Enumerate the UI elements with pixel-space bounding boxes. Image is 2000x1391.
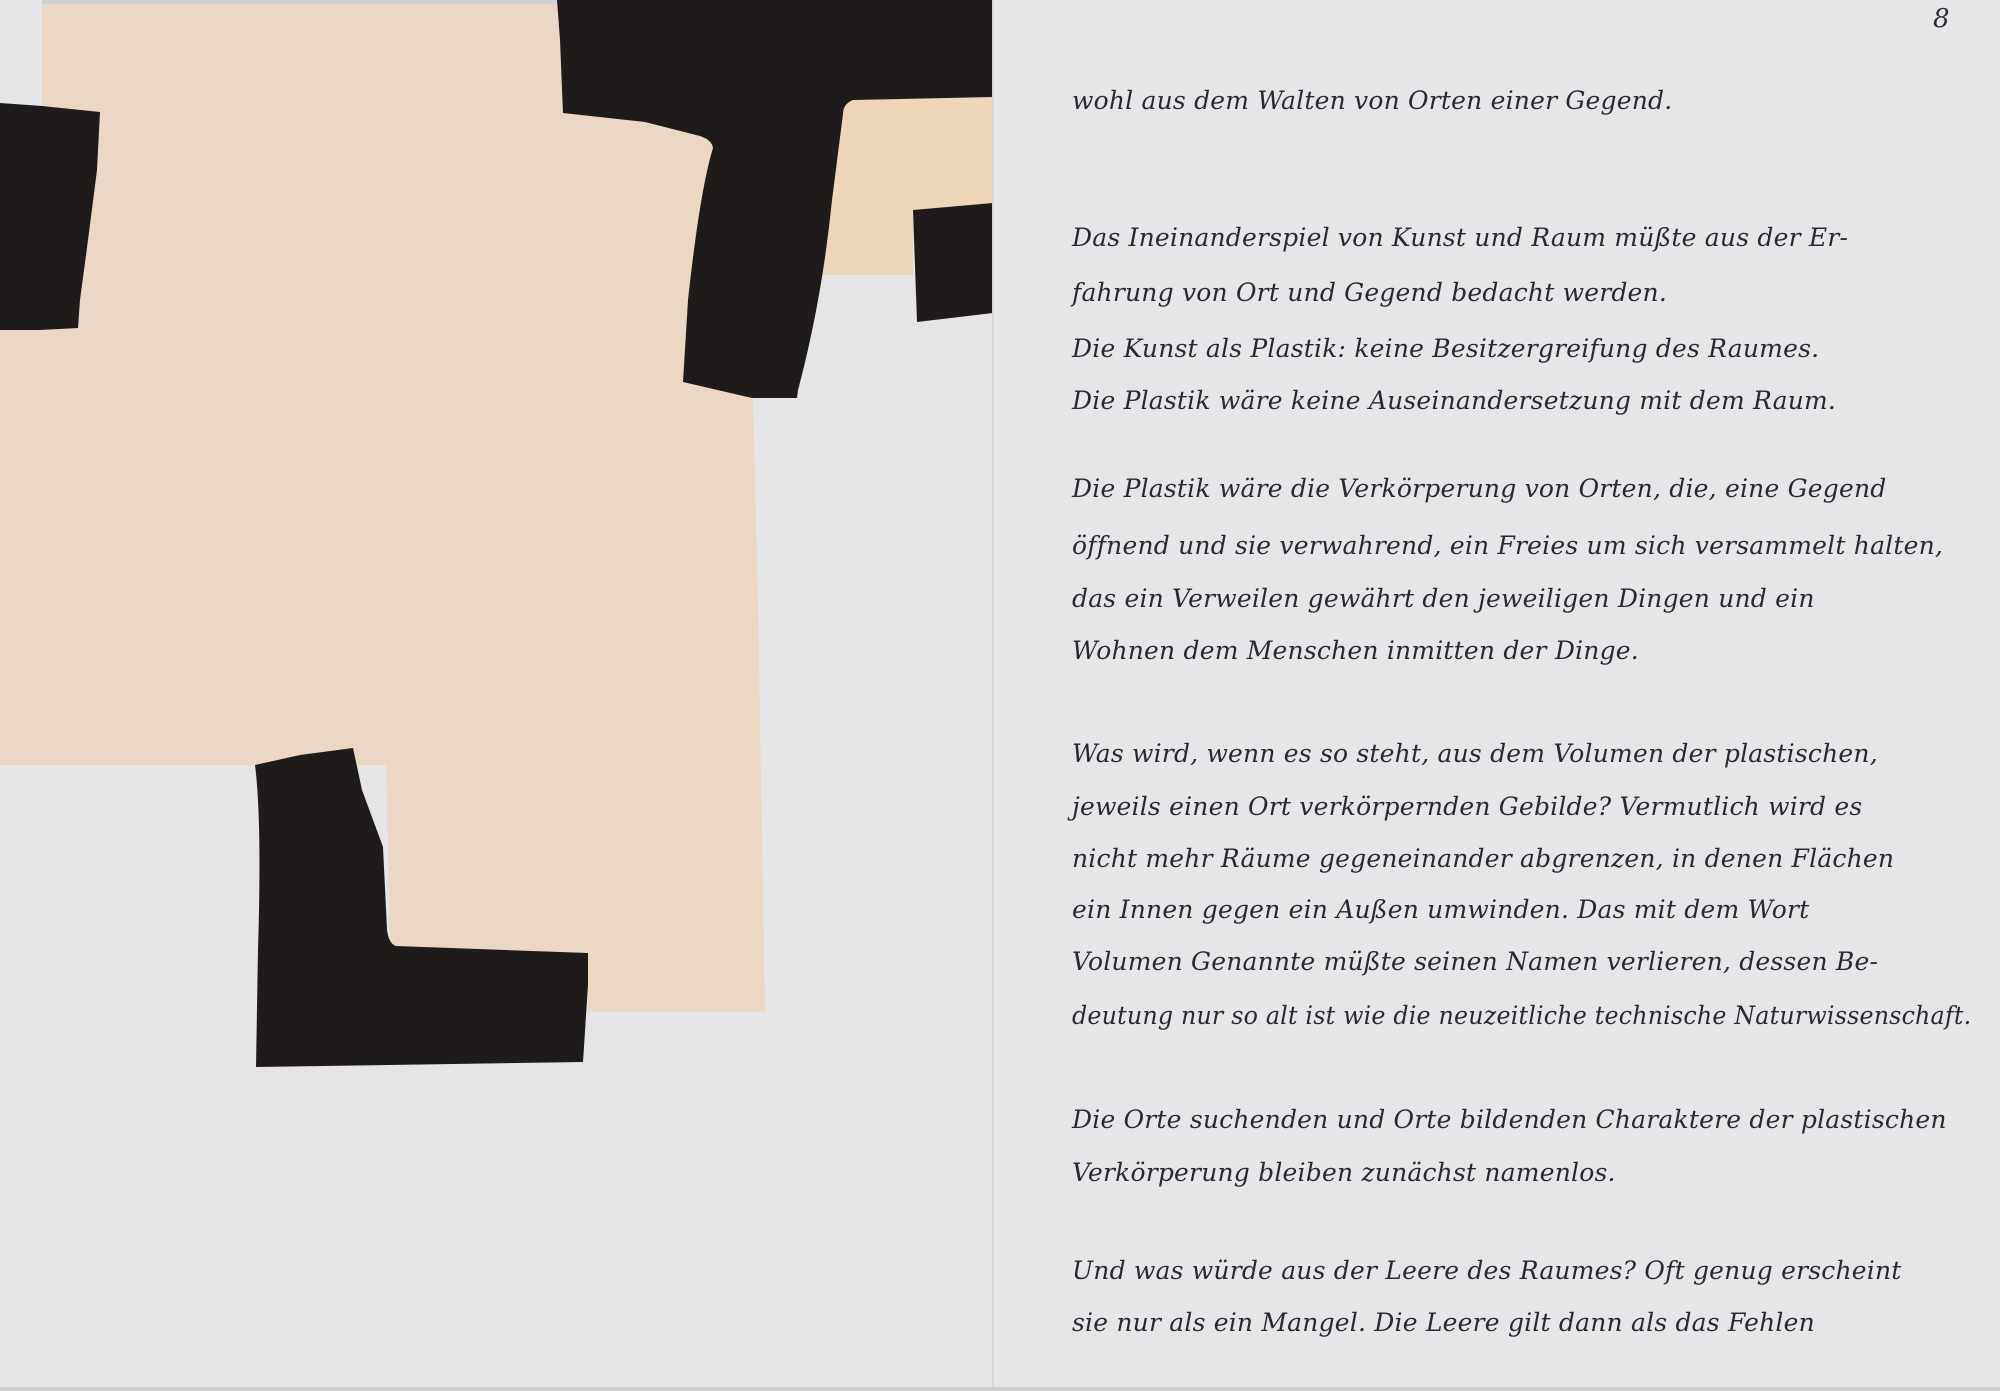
- left-page-collage: [0, 0, 993, 1391]
- text-line: Die Kunst als Plastik: keine Besitzergre…: [1072, 334, 1819, 363]
- black-cutout-small-right-block: [913, 203, 993, 322]
- text-line: fahrung von Ort und Gegend bedacht werde…: [1072, 278, 1667, 307]
- collage-artwork: [0, 0, 993, 1391]
- text-line: Die Plastik wäre die Verkörperung von Or…: [1072, 474, 1886, 503]
- text-line: Wohnen dem Menschen inmitten der Dinge.: [1072, 636, 1639, 665]
- text-line: Die Orte suchenden und Orte bildenden Ch…: [1072, 1105, 1947, 1134]
- text-line: Die Plastik wäre keine Auseinandersetzun…: [1072, 386, 1836, 415]
- top-gray-strip: [42, 0, 562, 4]
- page-number: 8: [1933, 4, 1950, 34]
- text-line: Verkörperung bleiben zunächst namenlos.: [1072, 1158, 1616, 1187]
- book-spread: 8 wohl aus dem Walten von Orten einer Ge…: [0, 0, 2000, 1391]
- text-line: jeweils einen Ort verkörpernden Gebilde?…: [1072, 792, 1862, 821]
- text-line: deutung nur so alt ist wie die neuzeitli…: [1072, 1001, 1971, 1030]
- text-line: öffnend und sie verwahrend, ein Freies u…: [1072, 531, 1943, 560]
- text-line: wohl aus dem Walten von Orten einer Gege…: [1072, 86, 1672, 115]
- text-line: Was wird, wenn es so steht, aus dem Volu…: [1072, 739, 1878, 768]
- text-line: Das Ineinanderspiel von Kunst und Raum m…: [1072, 223, 1848, 252]
- text-line: ein Innen gegen ein Außen umwinden. Das …: [1072, 895, 1809, 924]
- text-line: das ein Verweilen gewährt den jeweiligen…: [1072, 584, 1815, 613]
- text-line: nicht mehr Räume gegeneinander abgrenzen…: [1072, 844, 1894, 873]
- text-line: Volumen Genannte müßte seinen Namen verl…: [1072, 947, 1878, 976]
- text-line: sie nur als ein Mangel. Die Leere gilt d…: [1072, 1308, 1815, 1337]
- text-line: Und was würde aus der Leere des Raumes? …: [1072, 1256, 1902, 1285]
- page-bottom-edge: [0, 1387, 2000, 1391]
